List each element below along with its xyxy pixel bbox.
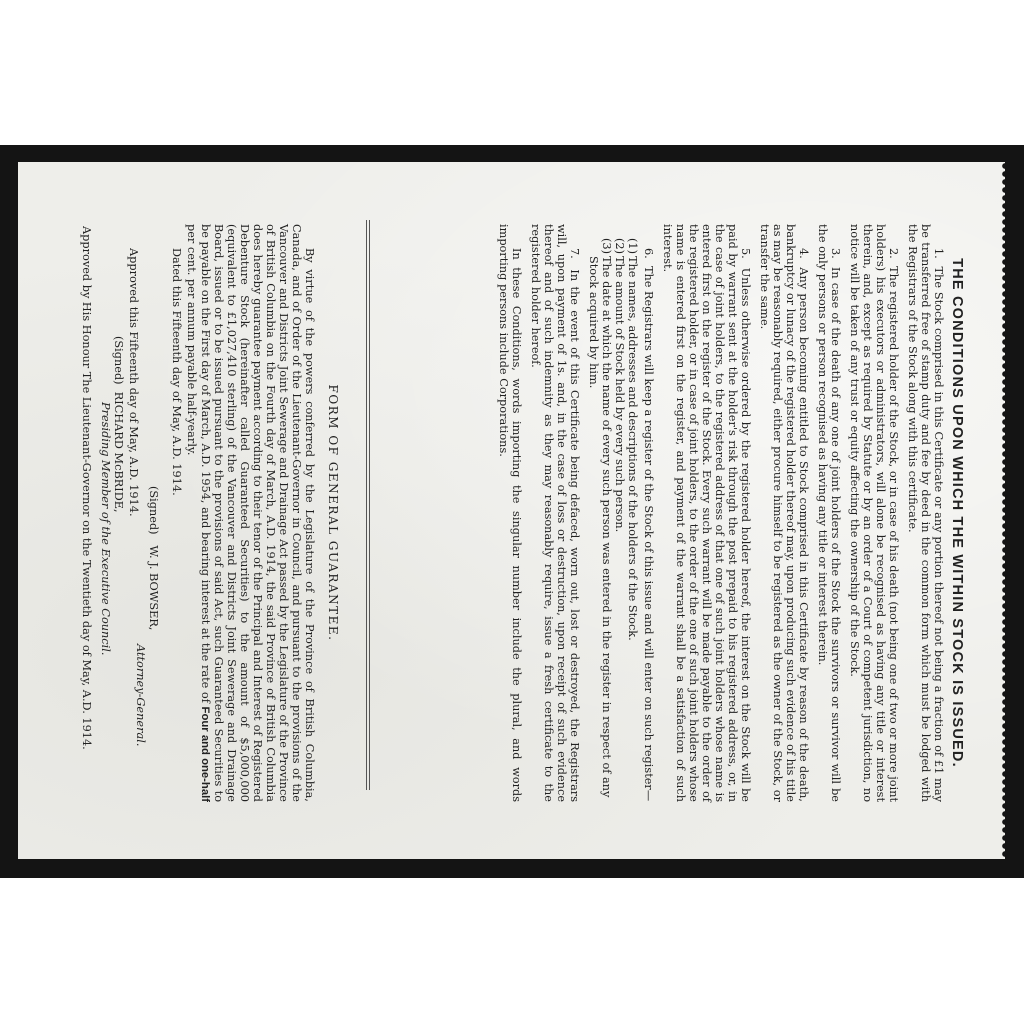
- condition-clause-2: 2. The registered holder of the Stock, o…: [848, 224, 900, 802]
- certificate-back-sheet: THE CONDITIONS UPON WHICH THE WITHIN STO…: [18, 162, 1005, 859]
- dated-line: Dated this Fifteenth day of May, A.D. 19…: [170, 224, 183, 802]
- conditions-title: THE CONDITIONS UPON WHICH THE WITHIN STO…: [949, 224, 965, 802]
- guarantee-title: FORM OF GENERAL GUARANTEE.: [326, 224, 340, 802]
- rotated-page: THE CONDITIONS UPON WHICH THE WITHIN STO…: [18, 162, 1005, 859]
- register-item: (3)The date at which the name of every s…: [587, 224, 613, 802]
- register-items-list: (1)The names, addresses and descriptions…: [587, 224, 639, 802]
- register-item: (1)The names, addresses and descriptions…: [626, 224, 639, 802]
- signature-mcbride: (Signed) RICHARD McBRIDE, Presiding Memb…: [99, 224, 125, 802]
- condition-clause-6: 6. The Registrars will keep a register o…: [642, 224, 655, 802]
- guarantee-body: By virtue of the powers conferred by the…: [185, 224, 316, 802]
- interest-rate: Four and one-half: [199, 707, 211, 802]
- register-item: (2)The amount of Stock held by every suc…: [613, 224, 626, 802]
- condition-clause-3: 3. In case of the death of any one of jo…: [816, 224, 842, 802]
- condition-clause-7: 7. In the event of this Certificate bein…: [529, 224, 581, 802]
- perforated-edge: [1001, 162, 1005, 859]
- conditions-section: THE CONDITIONS UPON WHICH THE WITHIN STO…: [497, 224, 965, 802]
- section-divider: [366, 220, 370, 790]
- interpretation-clause: In these Conditions, words importing the…: [497, 224, 523, 802]
- guarantee-section: FORM OF GENERAL GUARANTEE. By virtue of …: [80, 224, 340, 802]
- condition-clause-4: 4. Any person becoming entitled to Stock…: [758, 224, 810, 802]
- approval-2: Approved by His Honour The Lieutenant-Go…: [80, 224, 93, 802]
- condition-clause-5: 5. Unless otherwise ordered by the regis…: [661, 224, 752, 802]
- condition-clause-1: 1. The Stock comprised in this Certifica…: [906, 224, 945, 802]
